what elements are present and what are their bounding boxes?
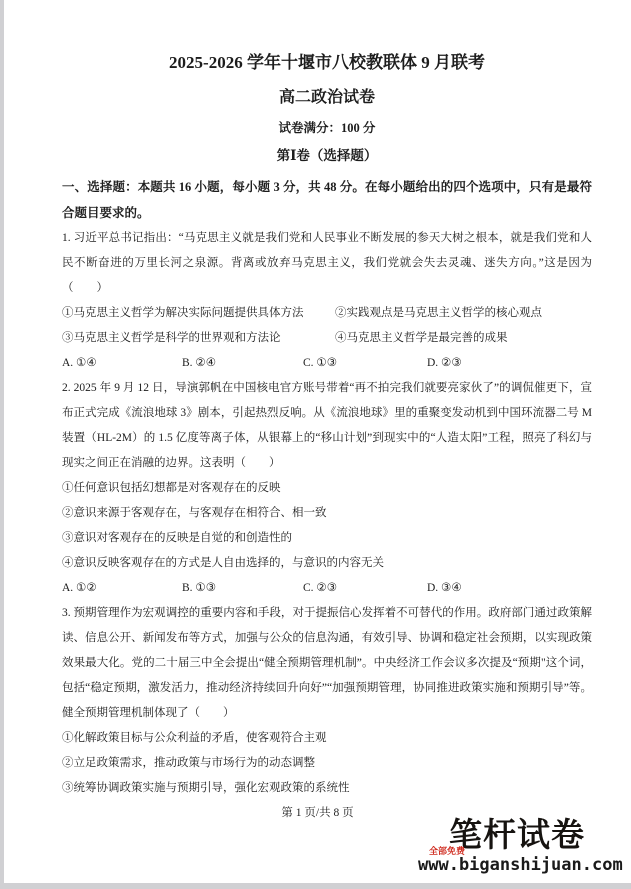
choice-b: B. ②④	[182, 351, 303, 376]
question-1-item-3: ③马克思主义哲学是科学的世界观和方法论	[62, 326, 335, 351]
question-1-items-row-2: ③马克思主义哲学是科学的世界观和方法论 ④马克思主义哲学是最完善的成果	[62, 326, 592, 351]
question-1: 1. 习近平总书记指出：“马克思主义就是我们党和人民事业不断发展的参天大树之根本…	[62, 226, 592, 376]
question-1-item-4: ④马克思主义哲学是最完善的成果	[335, 326, 508, 351]
choice-c: C. ②③	[303, 576, 427, 601]
score-note: 试卷满分：100 分	[62, 120, 592, 137]
exam-title: 2025-2026 学年十堰市八校教联体 9 月联考	[62, 50, 592, 76]
watermark-tagline: 全部免费	[429, 844, 465, 857]
choice-a: A. ①④	[62, 351, 182, 376]
question-2: 2. 2025 年 9 月 12 日，导演郭帆在中国核电官方账号带着“再不拍完我…	[62, 376, 592, 601]
exam-page: 2025-2026 学年十堰市八校教联体 9 月联考 高二政治试卷 试卷满分：1…	[4, 0, 631, 883]
watermark: 笔杆试卷 全部免费 www.biganshijuan.com	[418, 816, 630, 878]
question-2-item-2: ②意识来源于客观存在，与客观存在相符合、相一致	[62, 501, 592, 526]
question-1-choices: A. ①④ B. ②④ C. ①③ D. ②③	[62, 351, 592, 376]
choice-d: D. ③④	[427, 576, 462, 601]
question-2-choices: A. ①② B. ①③ C. ②③ D. ③④	[62, 576, 592, 601]
watermark-brand-logo: 笔杆试卷	[449, 816, 630, 854]
question-2-item-4: ④意识反映客观存在的方式是人自由选择的，与意识的内容无关	[62, 551, 592, 576]
question-1-stem: 1. 习近平总书记指出：“马克思主义就是我们党和人民事业不断发展的参天大树之根本…	[62, 226, 592, 301]
question-3-stem: 3. 预期管理作为宏观调控的重要内容和手段，对于提振信心发挥着不可替代的作用。政…	[62, 601, 592, 726]
question-2-item-1: ①任何意识包括幻想都是对客观存在的反映	[62, 476, 592, 501]
question-3-item-2: ②立足政策需求，推动政策与市场行为的动态调整	[62, 751, 592, 776]
section-heading: 第Ⅰ卷（选择题）	[62, 147, 592, 165]
exam-subtitle: 高二政治试卷	[62, 87, 592, 109]
choice-a: A. ①②	[62, 576, 182, 601]
page-content: 2025-2026 学年十堰市八校教联体 9 月联考 高二政治试卷 试卷满分：1…	[62, 50, 592, 801]
choice-d: D. ②③	[427, 351, 462, 376]
choice-c: C. ①③	[303, 351, 427, 376]
watermark-url: www.biganshijuan.com	[418, 854, 630, 876]
question-2-item-3: ③意识对客观存在的反映是自觉的和创造性的	[62, 526, 592, 551]
question-1-item-2: ②实践观点是马克思主义哲学的核心观点	[335, 301, 542, 326]
choice-b: B. ①③	[182, 576, 303, 601]
question-1-item-1: ①马克思主义哲学为解决实际问题提供具体方法	[62, 301, 335, 326]
question-3: 3. 预期管理作为宏观调控的重要内容和手段，对于提振信心发挥着不可替代的作用。政…	[62, 601, 592, 801]
question-3-item-3: ③统筹协调政策实施与预期引导，强化宏观政策的系统性	[62, 776, 592, 801]
question-2-stem: 2. 2025 年 9 月 12 日，导演郭帆在中国核电官方账号带着“再不拍完我…	[62, 376, 592, 476]
question-3-item-1: ①化解政策目标与公众利益的矛盾，使客观符合主观	[62, 726, 592, 751]
question-1-items-row-1: ①马克思主义哲学为解决实际问题提供具体方法 ②实践观点是马克思主义哲学的核心观点	[62, 301, 592, 326]
section-instructions: 一、选择题：本题共 16 小题，每小题 3 分，共 48 分。在每小题给出的四个…	[62, 174, 592, 226]
